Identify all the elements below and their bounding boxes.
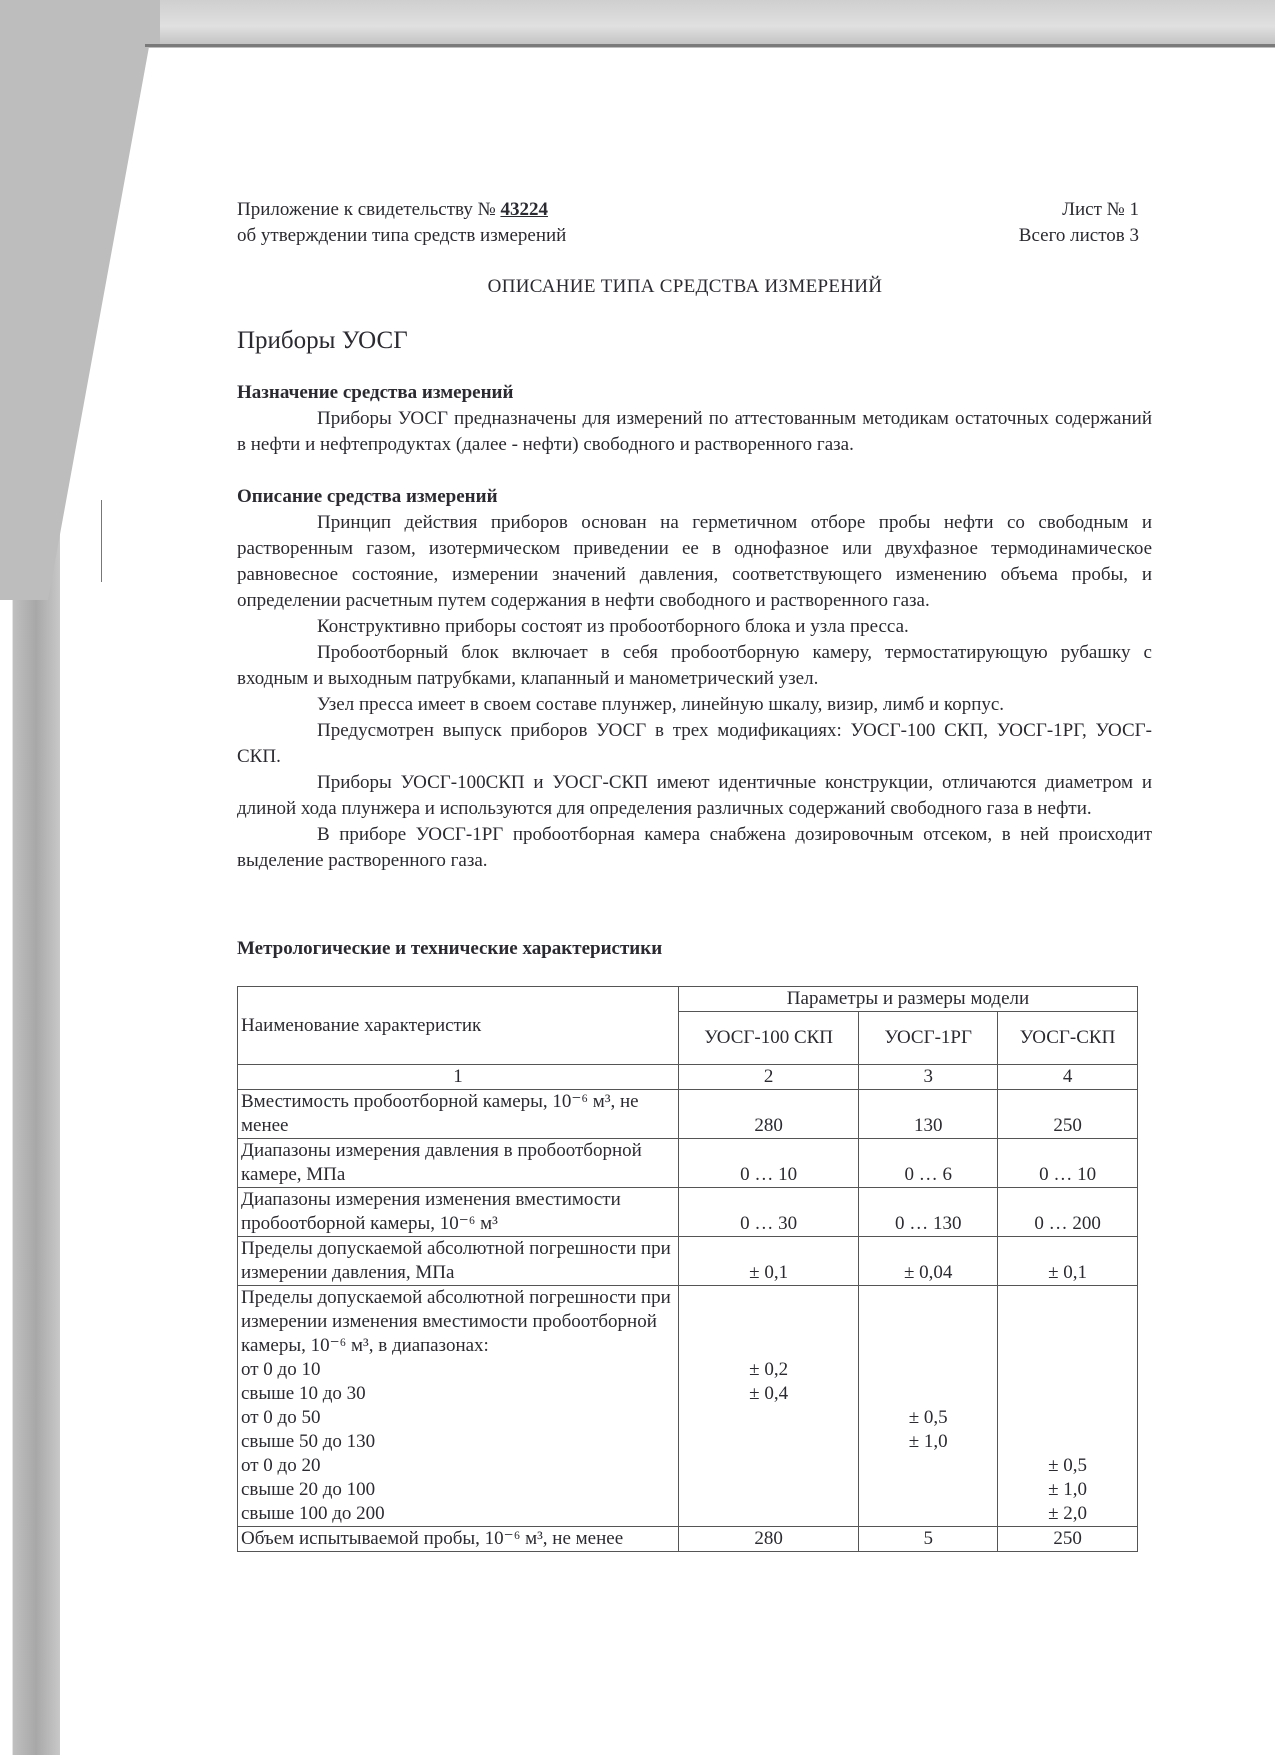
range-list: от 0 до 10свыше 10 до 30от 0 до 50свыше … (241, 1358, 675, 1526)
row-value: ± 0,1 (679, 1237, 859, 1286)
range-value: ± 0,2 (682, 1358, 855, 1382)
section-heading-purpose: Назначение средства измерений (237, 380, 1152, 406)
range-value (862, 1478, 994, 1502)
range-value: ± 2,0 (1001, 1502, 1134, 1526)
section-metrology: Метрологические и технические характерис… (237, 936, 1152, 962)
sheet-number: Лист № 1 (1019, 197, 1139, 223)
range-value (682, 1406, 855, 1430)
section-purpose: Назначение средства измерений Приборы УО… (237, 380, 1152, 458)
range-value: ± 1,0 (1001, 1478, 1134, 1502)
index-cell: 3 (859, 1065, 998, 1090)
section-description: Описание средства измерений Принцип дейс… (237, 484, 1152, 874)
range-label: свыше 100 до 200 (241, 1502, 675, 1526)
specifications-table: Наименование характеристик Параметры и р… (237, 986, 1138, 1552)
header-model-group: Параметры и размеры модели (679, 987, 1138, 1012)
index-cell: 4 (998, 1065, 1138, 1090)
row-value: 5 (859, 1527, 998, 1552)
error-row-col3: ± 0,5± 1,0 (859, 1286, 998, 1527)
row-name: Вместимость пробоотборной камеры, 10⁻⁶ м… (238, 1090, 679, 1139)
index-cell: 2 (679, 1065, 859, 1090)
table-row: Диапазоны измерения давления в пробоотбо… (238, 1139, 1138, 1188)
document-title: ОПИСАНИЕ ТИПА СРЕДСТВА ИЗМЕРЕНИЙ (0, 276, 1275, 298)
row-value: 0 … 10 (679, 1139, 859, 1188)
certificate-number: 43224 (500, 199, 548, 220)
row-value: 280 (679, 1090, 859, 1139)
range-label: свыше 10 до 30 (241, 1382, 675, 1406)
device-name: Приборы УОСГ (237, 327, 408, 355)
range-value (862, 1502, 994, 1526)
row-name: Диапазоны измерения давления в пробоотбо… (238, 1139, 679, 1188)
row-value: 250 (998, 1527, 1138, 1552)
range-value: ± 0,4 (682, 1382, 855, 1406)
appendix-line2: об утверждении типа средств измерений (237, 223, 566, 249)
paragraph: Конструктивно приборы состоят из пробоот… (237, 614, 1152, 640)
paragraph: В приборе УОСГ-1РГ пробоотборная камера … (237, 822, 1152, 874)
row-value: 280 (679, 1527, 859, 1552)
range-value (1001, 1406, 1134, 1430)
row-name: Объем испытываемой пробы, 10⁻⁶ м³, не ме… (238, 1527, 679, 1552)
range-value (862, 1382, 994, 1406)
range-value (682, 1502, 855, 1526)
header-model-1: УОСГ-100 СКП (679, 1012, 859, 1065)
table-row: Диапазоны измерения изменения вместимост… (238, 1188, 1138, 1237)
range-value (682, 1478, 855, 1502)
section-heading-description: Описание средства измерений (237, 484, 1152, 510)
paragraph: Узел пресса имеет в своем составе плунже… (237, 692, 1152, 718)
table-row: Вместимость пробоотборной камеры, 10⁻⁶ м… (238, 1090, 1138, 1139)
row-value: 0 … 30 (679, 1188, 859, 1237)
error-row-col2: ± 0,2± 0,4 (679, 1286, 859, 1527)
range-label: свыше 50 до 130 (241, 1430, 675, 1454)
row-value: 250 (998, 1090, 1138, 1139)
row-value: ± 0,04 (859, 1237, 998, 1286)
range-value: ± 0,5 (1001, 1454, 1134, 1478)
header-model-2: УОСГ-1РГ (859, 1012, 998, 1065)
paragraph: Предусмотрен выпуск приборов УОСГ в трех… (237, 718, 1152, 770)
table-row-error-ranges: Пределы допускаемой абсолютной погрешнос… (238, 1286, 1138, 1527)
row-value: 0 … 6 (859, 1139, 998, 1188)
table-row-sample-volume: Объем испытываемой пробы, 10⁻⁶ м³, не ме… (238, 1527, 1138, 1552)
paragraph: Принцип действия приборов основан на гер… (237, 510, 1152, 614)
paragraph: Приборы УОСГ предназначены для измерений… (237, 406, 1152, 458)
paragraph: Пробоотборный блок включает в себя пробо… (237, 640, 1152, 692)
appendix-prefix: Приложение к свидетельству № (237, 199, 500, 220)
appendix-reference: Приложение к свидетельству № 43224 об ут… (237, 197, 566, 249)
table-index-row: 1 2 3 4 (238, 1065, 1138, 1090)
row-value: ± 0,1 (998, 1237, 1138, 1286)
range-label: от 0 до 10 (241, 1358, 675, 1382)
range-value (682, 1454, 855, 1478)
range-value (1001, 1430, 1134, 1454)
paragraph: Приборы УОСГ-100СКП и УОСГ-СКП имеют иде… (237, 770, 1152, 822)
range-value (862, 1454, 994, 1478)
total-sheets: Всего листов 3 (1019, 223, 1139, 249)
table-row: Пределы допускаемой абсолютной погрешнос… (238, 1237, 1138, 1286)
range-label: от 0 до 20 (241, 1454, 675, 1478)
range-value (1001, 1358, 1134, 1382)
range-label: от 0 до 50 (241, 1406, 675, 1430)
error-row-name: Пределы допускаемой абсолютной погрешнос… (241, 1286, 675, 1358)
row-name: Пределы допускаемой абсолютной погрешнос… (238, 1237, 679, 1286)
range-value (862, 1358, 994, 1382)
sheet-info: Лист № 1 Всего листов 3 (1019, 197, 1139, 249)
table-body: Вместимость пробоотборной камеры, 10⁻⁶ м… (238, 1090, 1138, 1286)
section-heading-metrology: Метрологические и технические характерис… (237, 936, 1152, 962)
row-value: 130 (859, 1090, 998, 1139)
header-characteristic: Наименование характеристик (238, 987, 679, 1065)
header-model-3: УОСГ-СКП (998, 1012, 1138, 1065)
error-row-cell: Пределы допускаемой абсолютной погрешнос… (238, 1286, 679, 1527)
range-value: ± 1,0 (862, 1430, 994, 1454)
error-row-col4: ± 0,5± 1,0± 2,0 (998, 1286, 1138, 1527)
row-value: 0 … 200 (998, 1188, 1138, 1237)
range-label: свыше 20 до 100 (241, 1478, 675, 1502)
range-value: ± 0,5 (862, 1406, 994, 1430)
row-value: 0 … 130 (859, 1188, 998, 1237)
index-cell: 1 (238, 1065, 679, 1090)
row-name: Диапазоны измерения изменения вместимост… (238, 1188, 679, 1237)
table-header-row: Наименование характеристик Параметры и р… (238, 987, 1138, 1012)
range-value (1001, 1382, 1134, 1406)
document-page: Приложение к свидетельству № 43224 об ут… (0, 0, 1275, 1755)
range-value (682, 1430, 855, 1454)
row-value: 0 … 10 (998, 1139, 1138, 1188)
